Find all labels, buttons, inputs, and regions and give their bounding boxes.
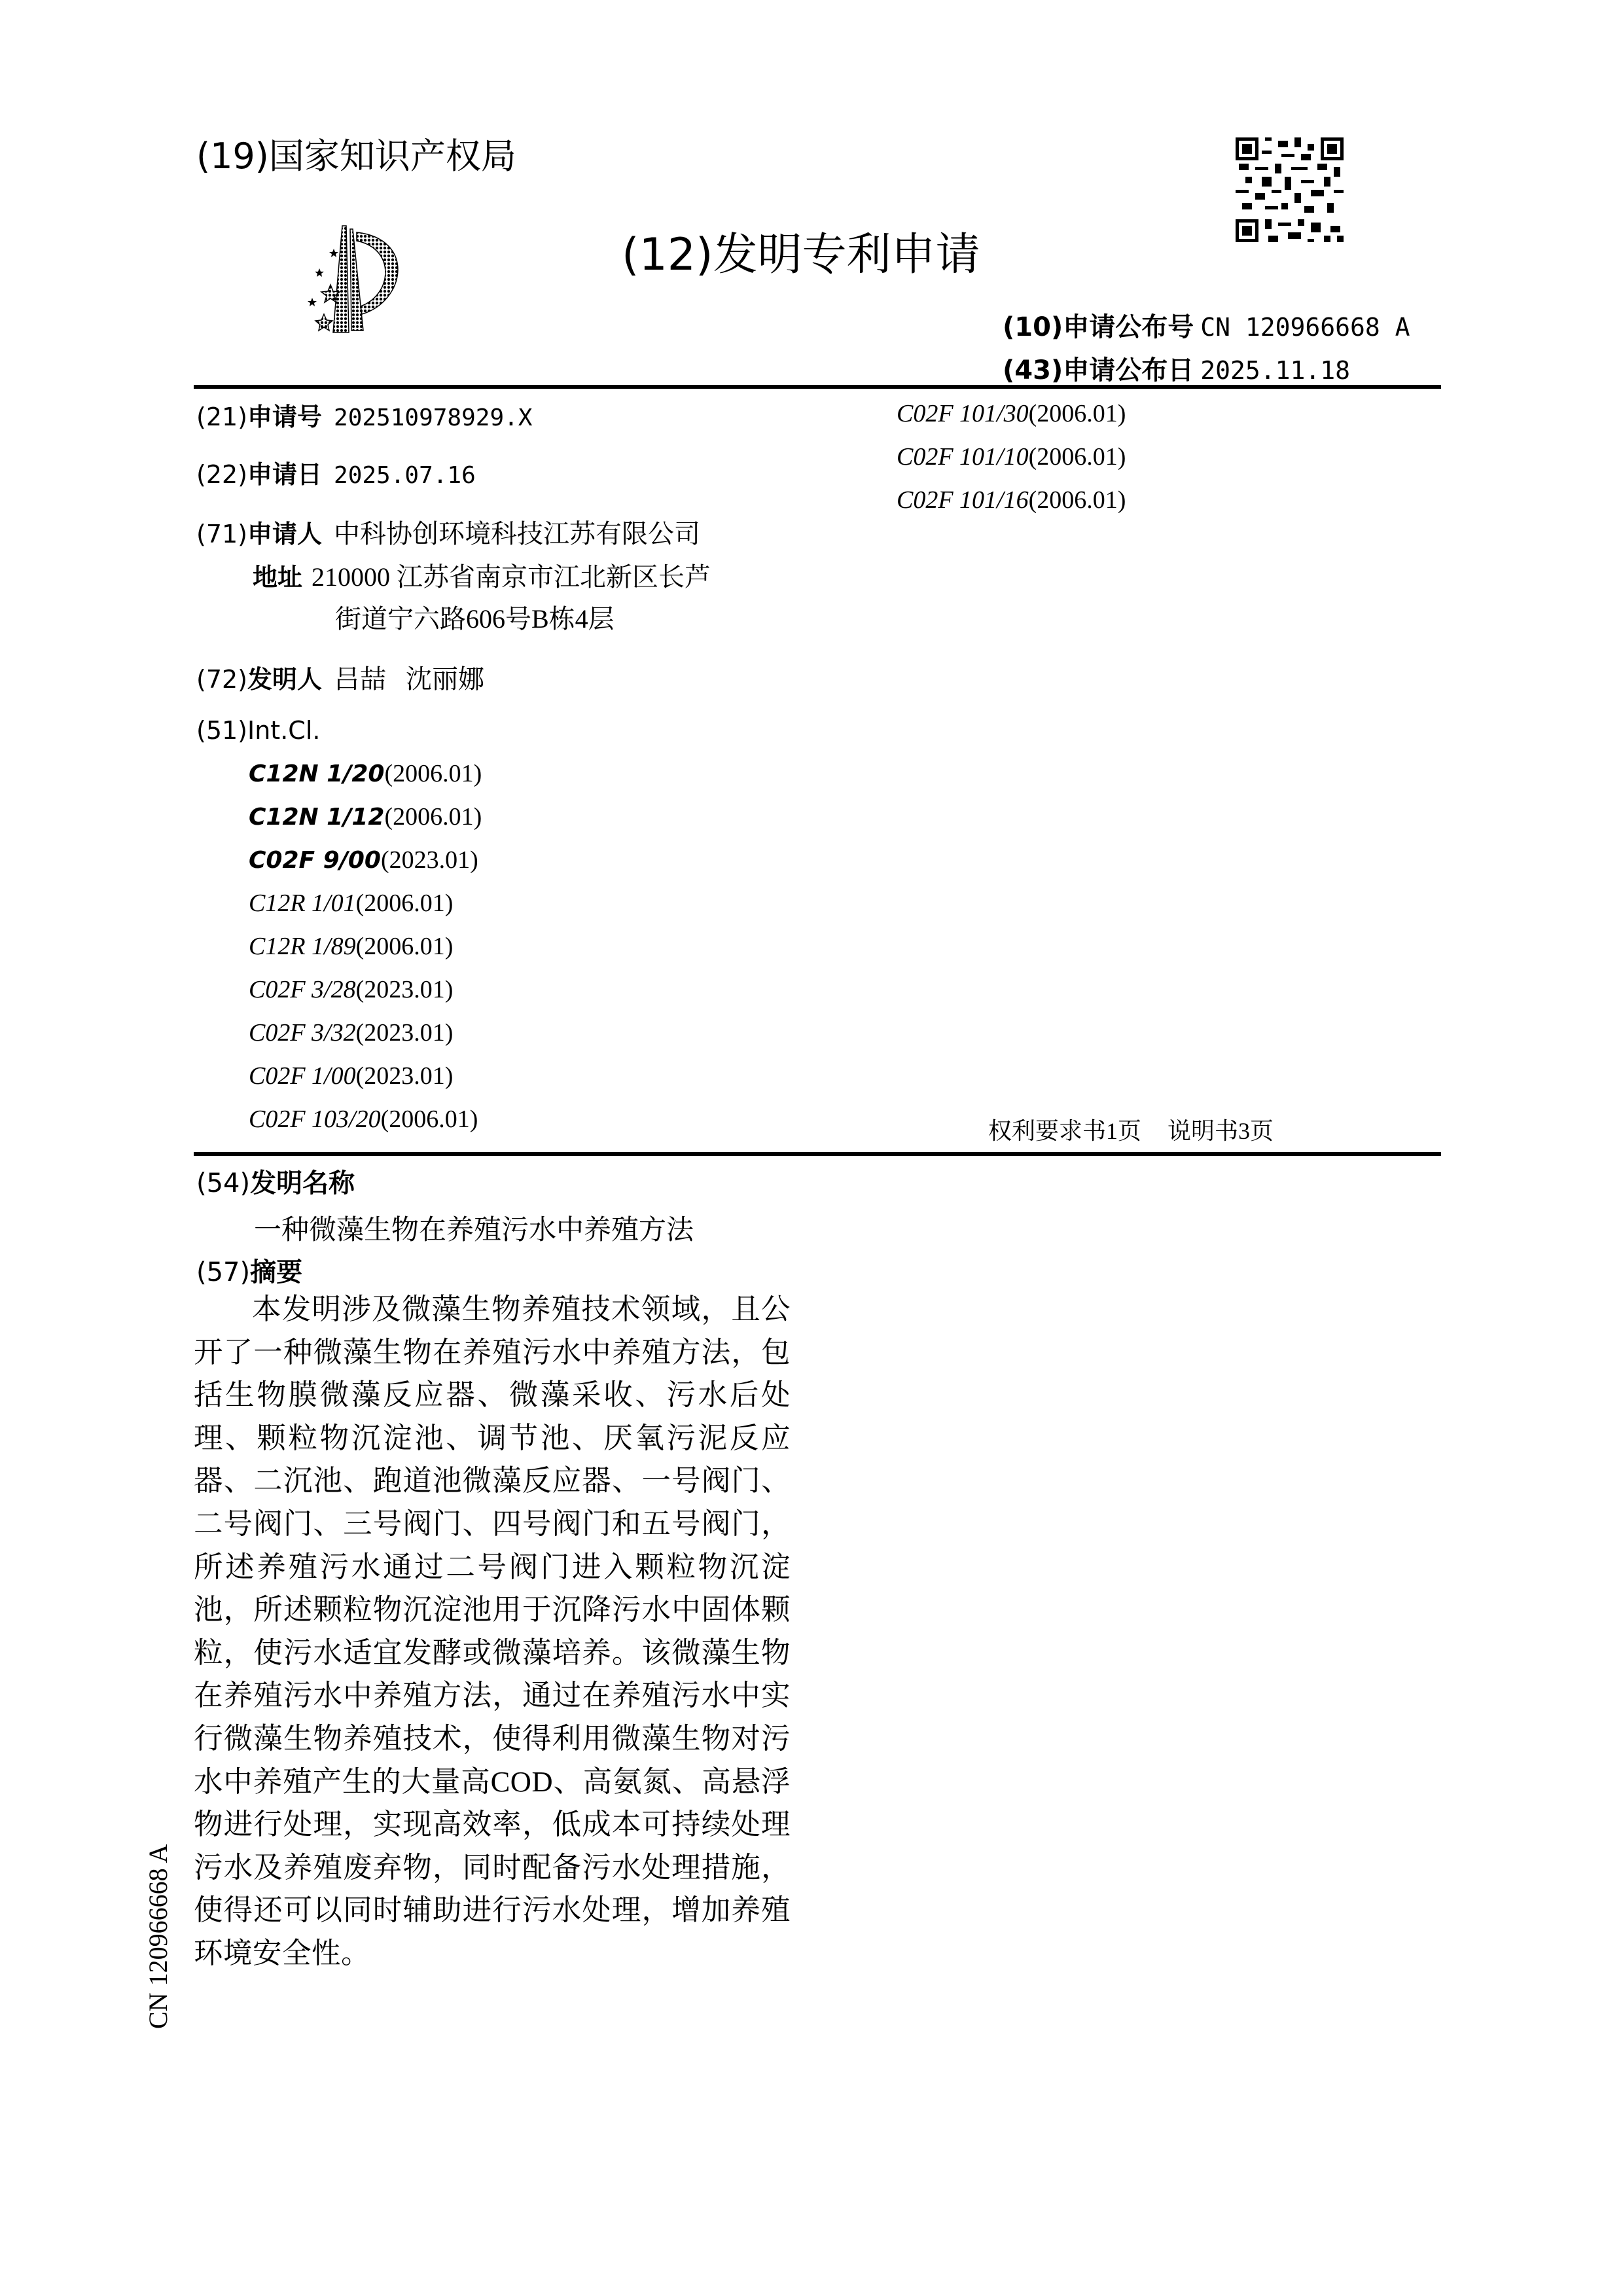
- field-label: 发明人: [247, 665, 322, 694]
- ipc-class: C02F 101/10: [897, 442, 1029, 471]
- document-type-heading: (12)发明专利申请: [622, 219, 980, 283]
- ipc-entry: C02F 9/00(2023.01): [249, 846, 478, 874]
- office-heading: (19)国家知识产权局: [196, 128, 516, 179]
- field-label: Int.Cl.: [247, 716, 320, 745]
- ipc-version: (2006.01): [1029, 400, 1126, 427]
- header-divider: [194, 385, 1441, 389]
- invention-title-heading: (54)发明名称: [196, 1162, 355, 1200]
- field-value: 吕喆 沈丽娜: [334, 664, 484, 694]
- address: 地址210000 江苏省南京市江北新区长芦: [253, 556, 711, 594]
- address-line-2: 街道宁六路606号B栋4层: [335, 604, 615, 634]
- ipc-class: C02F 101/30: [897, 399, 1029, 428]
- ipc-version: (2006.01): [1029, 443, 1126, 471]
- address-line-1: 210000 江苏省南京市江北新区长芦: [312, 562, 711, 592]
- doc-type-code: (12): [622, 229, 713, 281]
- field-label: 申请号: [247, 403, 322, 431]
- ipc-class: C02F 103/20: [249, 1105, 381, 1134]
- description-page-count: 说明书3页: [1168, 1118, 1274, 1144]
- field-code: (22): [196, 460, 247, 489]
- field-label: 申请日: [247, 460, 322, 489]
- ipc-entry: C02F 1/00(2023.01): [249, 1062, 453, 1090]
- abstract-label: 摘要: [250, 1257, 302, 1287]
- field-value: 202510978929.X: [334, 404, 532, 431]
- title-label: 发明名称: [250, 1168, 355, 1198]
- ipc-entry: C12R 1/89(2006.01): [249, 932, 453, 961]
- cnipa-logo-icon: [265, 223, 422, 340]
- ipc-entry: C02F 103/20(2006.01): [249, 1105, 478, 1134]
- publication-date-code: (43): [1003, 355, 1063, 386]
- ipc-version: (2023.01): [356, 1019, 454, 1047]
- address-continuation: 街道宁六路606号B栋4层: [335, 598, 615, 636]
- qr-code-icon[interactable]: [1236, 137, 1344, 242]
- ipc-entry: C12N 1/12(2006.01): [249, 802, 482, 831]
- field-code: (71): [196, 520, 247, 548]
- field-value: 中科协创环境科技江苏有限公司: [334, 519, 700, 548]
- publication-number-value: CN 120966668 A: [1200, 313, 1410, 342]
- claims-page-count: 权利要求书1页: [988, 1118, 1141, 1144]
- field-code: (21): [196, 403, 247, 431]
- ipc-class: C12N 1/12: [249, 804, 384, 831]
- side-publication-number: CN 120966668 A: [143, 1844, 173, 2029]
- ipc-version: (2006.01): [356, 889, 454, 917]
- ipc-version: (2006.01): [384, 760, 482, 787]
- ipc-class: C02F 1/00: [249, 1062, 356, 1090]
- field-label: 申请人: [247, 520, 322, 548]
- publication-number-label: 申请公布号: [1063, 312, 1194, 342]
- ipc-class: C02F 3/32: [249, 1018, 356, 1047]
- title-code: (54): [196, 1168, 250, 1198]
- ipc-class: C02F 9/00: [249, 847, 381, 874]
- field-code: (72): [196, 665, 247, 694]
- publication-date-value: 2025.11.18: [1200, 356, 1350, 385]
- field-value: 2025.07.16: [334, 462, 476, 489]
- application-number: (21)申请号202510978929.X: [196, 397, 532, 433]
- ipc-version: (2023.01): [356, 1062, 454, 1090]
- ipc-entry: C12N 1/20(2006.01): [249, 759, 482, 788]
- ipc-version: (2006.01): [381, 1105, 478, 1133]
- ipc-entry: C02F 101/16(2006.01): [897, 486, 1126, 514]
- page-counts: 权利要求书1页说明书3页: [988, 1113, 1274, 1146]
- ipc-class: C12R 1/01: [249, 889, 356, 918]
- publication-date: (43)申请公布日2025.11.18: [1003, 350, 1350, 387]
- doc-type: 发明专利申请: [713, 229, 980, 281]
- ipc-entry: C02F 3/32(2023.01): [249, 1018, 453, 1047]
- office-name: 国家知识产权局: [269, 135, 516, 177]
- invention-title: 一种微藻生物在养殖污水中养殖方法: [254, 1208, 694, 1247]
- ipc-version: (2006.01): [1029, 486, 1126, 514]
- ipc-entry: C02F 101/30(2006.01): [897, 399, 1126, 428]
- ipc-entry: C02F 3/28(2023.01): [249, 975, 453, 1004]
- ipc-class: C12R 1/89: [249, 932, 356, 961]
- applicant: (71)申请人中科协创环境科技江苏有限公司: [196, 513, 700, 550]
- ipc-version: (2006.01): [356, 933, 454, 960]
- field-label: 地址: [253, 563, 302, 592]
- int-cl-heading: (51)Int.Cl.: [196, 716, 320, 745]
- ipc-version: (2006.01): [384, 803, 482, 831]
- ipc-version: (2023.01): [381, 846, 478, 874]
- ipc-entry: C02F 101/10(2006.01): [897, 442, 1126, 471]
- application-date: (22)申请日2025.07.16: [196, 454, 476, 490]
- field-code: (51): [196, 716, 247, 745]
- ipc-version: (2023.01): [356, 976, 454, 1003]
- publication-date-label: 申请公布日: [1063, 355, 1194, 386]
- section-divider: [194, 1152, 1441, 1156]
- inventors: (72)发明人吕喆 沈丽娜: [196, 658, 484, 696]
- ipc-class: C12N 1/20: [249, 761, 384, 787]
- publication-number: (10)申请公布号CN 120966668 A: [1003, 306, 1410, 344]
- publication-number-code: (10): [1003, 312, 1063, 342]
- ipc-class: C02F 3/28: [249, 975, 356, 1004]
- office-code: (19): [196, 135, 269, 177]
- abstract-heading: (57)摘要: [196, 1251, 302, 1289]
- abstract-text: 本发明涉及微藻生物养殖技术领域，且公开了一种微藻生物在养殖污水中养殖方法，包括生…: [194, 1288, 791, 1975]
- abstract-code: (57): [196, 1257, 250, 1287]
- ipc-class: C02F 101/16: [897, 486, 1029, 514]
- ipc-entry: C12R 1/01(2006.01): [249, 889, 453, 918]
